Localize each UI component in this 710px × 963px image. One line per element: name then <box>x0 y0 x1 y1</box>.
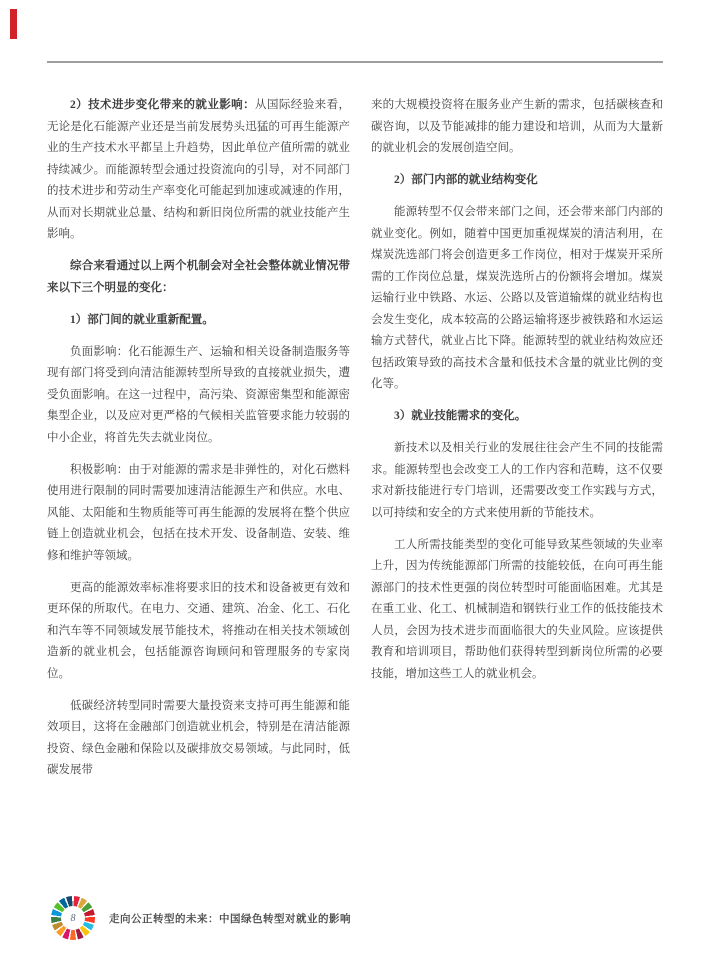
left-text-column: 2）技术进步变化带来的就业影响：从国际经验来看，无论是化石能源产业还是当前发展势… <box>47 95 350 792</box>
paragraph: 综合来看通过以上两个机制会对全社会整体就业情况带来以下三个明显的变化： <box>47 256 350 299</box>
paragraph: 工人所需技能类型的变化可能导致某些领域的失业率上升，因为传统能源部门所需的技能较… <box>371 535 663 686</box>
paragraph: 新技术以及相关行业的发展往往会产生不同的技能需求。能源转型也会改变工人的工作内容… <box>371 438 663 524</box>
page-footer: 8 走向公正转型的未来：中国绿色转型对就业的影响 <box>51 896 351 940</box>
paragraph: 3）就业技能需求的变化。 <box>371 406 663 428</box>
report-page: 2）技术进步变化带来的就业影响：从国际经验来看，无论是化石能源产业还是当前发展势… <box>0 0 710 963</box>
paragraph: 1）部门间的就业重新配置。 <box>47 310 350 332</box>
footer-report-title: 走向公正转型的未来：中国绿色转型对就业的影响 <box>109 911 351 926</box>
sdg-wheel-logo: 8 <box>51 896 95 940</box>
paragraph: 来的大规模投资将在服务业产生新的需求，包括碳核查和碳咨询，以及节能减排的能力建设… <box>371 95 663 160</box>
paragraph-lead: 2）技术进步变化带来的就业影响： <box>70 99 255 111</box>
page-number: 8 <box>71 913 76 924</box>
paragraph: 能源转型不仅会带来部门之间，还会带来部门内部的就业变化。例如，随着中国更加重视煤… <box>371 202 663 396</box>
header-divider-rule <box>47 61 663 63</box>
right-text-column: 来的大规模投资将在服务业产生新的需求，包括碳核查和碳咨询，以及节能减排的能力建设… <box>371 95 663 792</box>
paragraph: 2）部门内部的就业结构变化 <box>371 170 663 192</box>
page-edge-red-mark <box>10 9 17 39</box>
article-body: 2）技术进步变化带来的就业影响：从国际经验来看，无论是化石能源产业还是当前发展势… <box>47 95 663 792</box>
sdg-wheel-center: 8 <box>61 906 85 930</box>
paragraph: 积极影响：由于对能源的需求是非弹性的，对化石燃料使用进行限制的同时需要加速清洁能… <box>47 460 350 568</box>
paragraph: 负面影响：化石能源生产、运输和相关设备制造服务等现有部门将受到向清洁能源转型所导… <box>47 342 350 450</box>
paragraph: 2）技术进步变化带来的就业影响：从国际经验来看，无论是化石能源产业还是当前发展势… <box>47 95 350 246</box>
paragraph: 低碳经济转型同时需要大量投资来支持可再生能源和能效项目，这将在金融部门创造就业机… <box>47 696 350 782</box>
paragraph: 更高的能源效率标准将要求旧的技术和设备被更有效和更环保的所取代。在电力、交通、建… <box>47 578 350 686</box>
